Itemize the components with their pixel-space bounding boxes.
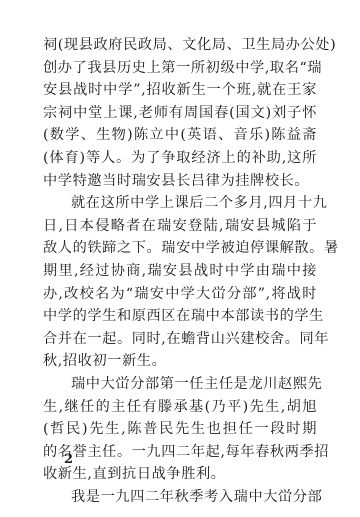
text-line: 日,日本侵略者在瑞安登陆,瑞安县城陷于	[43, 215, 317, 238]
text-line: 瑞中大峃分部第一任主任是龙川赵熙先	[43, 373, 317, 396]
text-line: 期里,经过协商,瑞安县战时中学由瑞中接	[43, 260, 317, 283]
text-line: 的名誉主任。一九四二年起,每年春秋两季招	[43, 441, 317, 464]
text-line: 祠(现县政府民政局、文化局、卫生局办公处)	[43, 34, 317, 57]
text-line: 中学特邀当时瑞安县长吕律为挂牌校长。	[43, 170, 317, 193]
document-page: 祠(现县政府民政局、文化局、卫生局办公处) 创办了我县历史上第一所初级中学,取名…	[43, 34, 317, 508]
paragraph-3: 瑞中大峃分部第一任主任是龙川赵熙先 生,继任的主任有滕承基(乃平)先生,胡旭 (…	[43, 373, 317, 486]
text-line: 秋,招收初一新生。	[43, 350, 317, 373]
text-line: 我是一九四二年秋季考入瑞中大峃分部	[43, 486, 317, 509]
text-line: 合并在一起。同时,在蟾背山兴建校舍。同年	[43, 328, 317, 351]
text-line: 敌人的铁蹄之下。瑞安中学被迫停课解散。暑	[43, 237, 317, 260]
text-line: 创办了我县历史上第一所初级中学,取名“瑞	[43, 57, 317, 80]
text-line: (体育)等人。为了争取经济上的补助,这所	[43, 147, 317, 170]
text-line: 收新生,直到抗日战争胜利。	[43, 463, 317, 486]
text-line: 办,改校名为“瑞安中学大峃分部”,将战时	[43, 283, 317, 306]
text-line: 中学的学生和原西区在瑞中本部读书的学生	[43, 305, 317, 328]
text-line: (数学、生物)陈立中(英语、音乐)陈益斋	[43, 124, 317, 147]
text-line: 生,继任的主任有滕承基(乃平)先生,胡旭	[43, 396, 317, 419]
text-line: 宗祠中堂上课,老师有周国春(国文)刘子怀	[43, 102, 317, 125]
paragraph-4: 我是一九四二年秋季考入瑞中大峃分部	[43, 486, 317, 509]
text-line: 就在这所中学上课后二个多月,四月十九	[43, 192, 317, 215]
text-line: 安县战时中学”,招收新生一个班,就在王家	[43, 79, 317, 102]
paragraph-1: 祠(现县政府民政局、文化局、卫生局办公处) 创办了我县历史上第一所初级中学,取名…	[43, 34, 317, 192]
paragraph-2: 就在这所中学上课后二个多月,四月十九 日,日本侵略者在瑞安登陆,瑞安县城陷于 敌…	[43, 192, 317, 373]
text-line: (哲民)先生,陈普民先生也担任一段时期	[43, 418, 317, 441]
page-number: 2	[64, 452, 73, 467]
